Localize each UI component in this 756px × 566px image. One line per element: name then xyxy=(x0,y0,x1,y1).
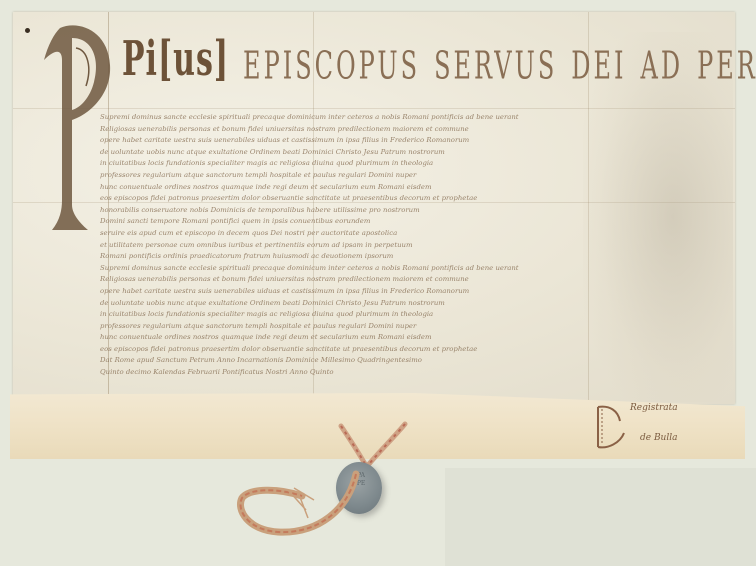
fold-line xyxy=(13,108,735,109)
text-line: professores regularium atque sanctorum t… xyxy=(100,321,605,333)
title-word: EPISCOPUS xyxy=(243,43,420,88)
title-opening: Pi[us] xyxy=(122,32,229,88)
title-word: AD xyxy=(641,43,684,88)
text-line: in ciuitatibus locis fundationis special… xyxy=(100,309,605,321)
title-word: DEI xyxy=(571,43,626,88)
text-line: hunc conuentuale ordines nostros quamque… xyxy=(100,332,605,344)
pinhole xyxy=(25,28,30,33)
text-line: honorabilis conseruatore nobis Dominicis… xyxy=(100,205,605,217)
text-line: Quinto decimo Kalendas Februarii Pontifi… xyxy=(100,367,605,379)
text-line: hunc conuentuale ordines nostros quamque… xyxy=(100,182,605,194)
title-word: PERPETUAM xyxy=(697,43,756,88)
text-line: Dat Rome apud Sanctum Petrum Anno Incarn… xyxy=(100,355,605,367)
title-word: SERVUS xyxy=(434,43,557,88)
text-line: Supremi dominus sancte ecclesie spiritua… xyxy=(100,112,605,124)
registrata-note: Registrata xyxy=(630,403,678,413)
text-line: de uoluntate uobis nunc atque exultation… xyxy=(100,298,605,310)
document-body: Supremi dominus sancte ecclesie spiritua… xyxy=(100,112,605,390)
text-line: eos episcopos fidei patronus praesertim … xyxy=(100,344,605,356)
text-line: et utilitatem personae cum omnibus iurib… xyxy=(100,240,605,252)
text-line: opere habet caritate uestra suis uenerab… xyxy=(100,135,605,147)
title-line: Pi[us] EPISCOPUS SERVUS DEI AD PERPETUAM… xyxy=(122,48,702,88)
plica-signature: Registrata de Bulla xyxy=(590,403,720,453)
seal-cord-loop-icon xyxy=(335,420,415,470)
signature: de Bulla xyxy=(640,433,677,443)
text-line: Religiosas uenerabilis personas et bonum… xyxy=(100,124,605,136)
text-line: Religiosas uenerabilis personas et bonum… xyxy=(100,274,605,286)
text-line: de uoluntate uobis nunc atque exultation… xyxy=(100,147,605,159)
background-panel xyxy=(445,468,756,566)
text-line: seruire eis apud cum et episcopo in dece… xyxy=(100,228,605,240)
text-line: in ciuitatibus locis fundationis special… xyxy=(100,158,605,170)
seal-cord-tail-icon xyxy=(228,470,368,550)
text-line: eos episcopos fidei patronus praesertim … xyxy=(100,193,605,205)
text-line: professores regularium atque sanctorum t… xyxy=(100,170,605,182)
chancery-mark-icon xyxy=(590,403,630,453)
text-line: Romani pontificis ordinis praedicatorum … xyxy=(100,251,605,263)
text-line: Domini sancti tempore Romani pontifici q… xyxy=(100,216,605,228)
text-line: opere habet caritate uestra suis uenerab… xyxy=(100,286,605,298)
text-line: Supremi dominus sancte ecclesie spiritua… xyxy=(100,263,605,275)
